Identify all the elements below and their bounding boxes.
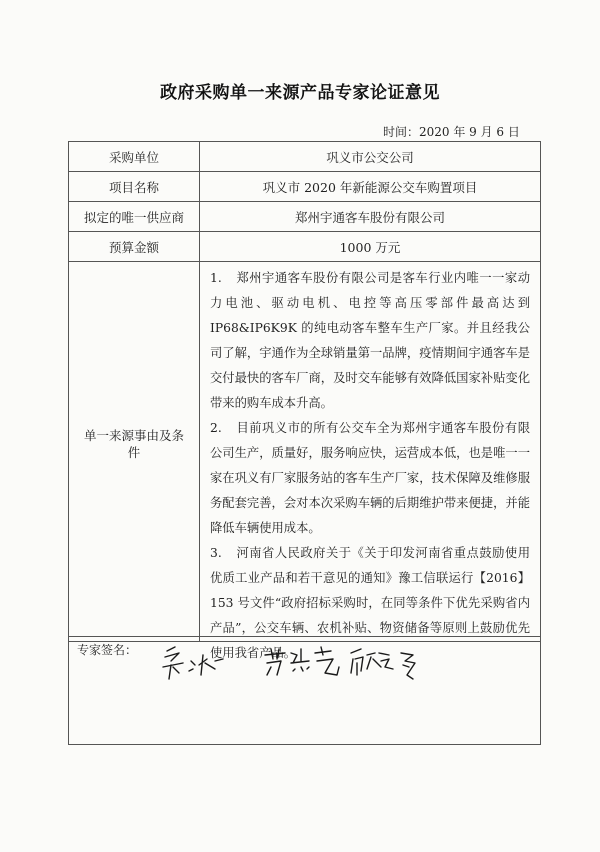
- row-value-project-name: 巩义市 2020 年新能源公交车购置项目: [200, 172, 540, 201]
- table-row: 预算金额 1000 万元: [69, 232, 540, 262]
- reason-item-2: 2.目前巩义市的所有公交车全为郑州宇通客车股份有限公司生产，质量好，服务响应快，…: [210, 416, 530, 541]
- date-line: 时间：2020 年 9 月 6 日: [383, 123, 520, 140]
- table-row: 项目名称 巩义市 2020 年新能源公交车购置项目: [69, 172, 540, 202]
- reason-item-number: 3.: [210, 541, 236, 566]
- signature-box: 专家签名：: [68, 636, 541, 745]
- row-label-purchaser: 采购单位: [69, 142, 200, 171]
- row-value-purchaser: 巩义市公交公司: [200, 142, 540, 171]
- reason-item-text: 目前巩义市的所有公交车全为郑州宇通客车股份有限公司生产，质量好，服务响应快，运营…: [210, 421, 530, 535]
- handwritten-signature-1: [163, 647, 223, 679]
- row-value-supplier: 郑州宇通客车股份有限公司: [200, 202, 540, 231]
- reason-item-1: 1.郑州宇通客车股份有限公司是客车行业内唯一一家动力电池、驱动电机、电控等高压零…: [210, 266, 530, 416]
- table-row: 拟定的唯一供应商 郑州宇通客车股份有限公司: [69, 202, 540, 232]
- reason-body: 1.郑州宇通客车股份有限公司是客车行业内唯一一家动力电池、驱动电机、电控等高压零…: [200, 262, 540, 641]
- info-table: 采购单位 巩义市公交公司 项目名称 巩义市 2020 年新能源公交车购置项目 拟…: [68, 141, 541, 642]
- signature-label: 专家签名：: [77, 641, 137, 658]
- handwritten-signature-2: [265, 647, 339, 675]
- table-row: 采购单位 巩义市公交公司: [69, 142, 540, 172]
- row-value-budget: 1000 万元: [200, 232, 540, 261]
- row-label-budget: 预算金额: [69, 232, 200, 261]
- row-label-reason: 单一来源事由及条件: [69, 262, 200, 641]
- reason-item-number: 2.: [210, 416, 236, 441]
- document-title: 政府采购单一来源产品专家论证意见: [0, 78, 600, 103]
- handwritten-signatures: [161, 645, 501, 695]
- table-row-reason: 单一来源事由及条件 1.郑州宇通客车股份有限公司是客车行业内唯一一家动力电池、驱…: [69, 262, 540, 641]
- row-label-project-name: 项目名称: [69, 172, 200, 201]
- row-label-supplier: 拟定的唯一供应商: [69, 202, 200, 231]
- reason-item-text: 郑州宇通客车股份有限公司是客车行业内唯一一家动力电池、驱动电机、电控等高压零部件…: [210, 271, 530, 410]
- handwritten-signature-3: [351, 649, 415, 679]
- reason-item-number: 1.: [210, 266, 236, 291]
